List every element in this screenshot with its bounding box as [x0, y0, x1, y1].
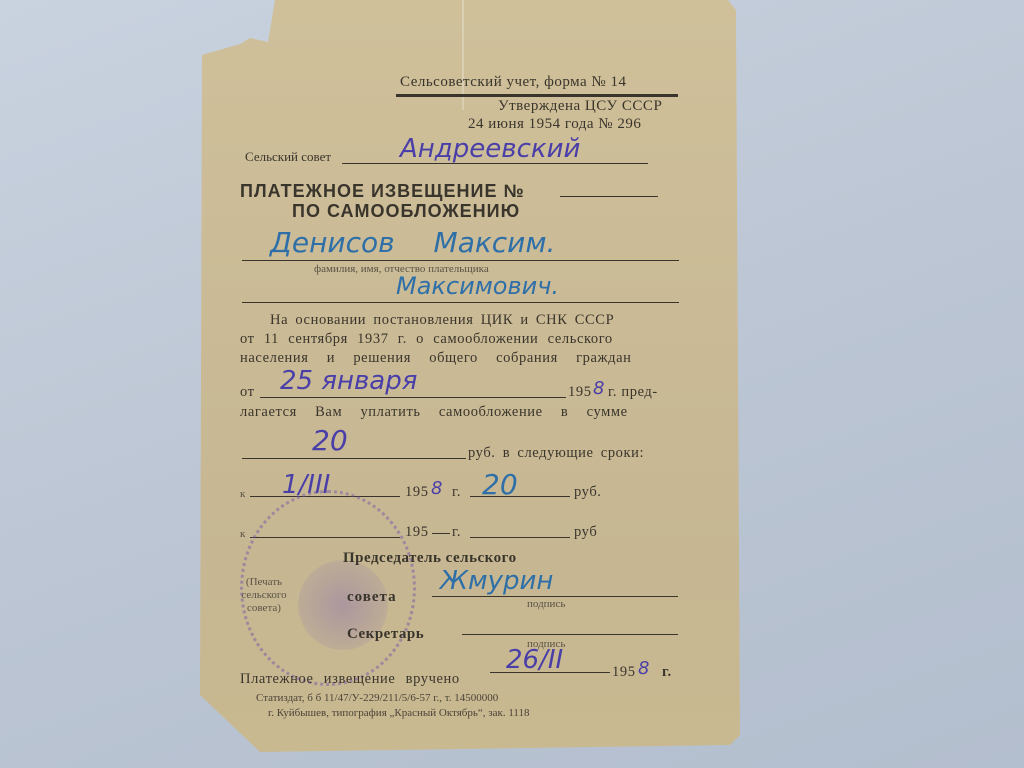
installment-1-prefix: к — [240, 488, 245, 500]
meeting-suffix: г. пред- — [608, 384, 658, 401]
stamp-label-line-1: (Печать — [237, 576, 291, 589]
basis-line-2: от 11 сентября 1937 г. о самообложении с… — [240, 331, 613, 348]
stamp-label-line-2: сельского — [237, 589, 291, 602]
meeting-year-digit: 8 — [593, 378, 604, 399]
village-council-value: Андреевский — [400, 134, 580, 164]
installment-2-year-underline — [432, 533, 450, 534]
meeting-year-prefix: 195 — [568, 384, 592, 401]
installment-1-g: г. — [452, 484, 461, 501]
imprint-line-2: г. Куйбышев, типография „Красный Октябрь… — [268, 707, 530, 719]
installment-2-g: г. — [452, 524, 461, 541]
delivery-date-value: 26/II — [506, 645, 563, 675]
basis-line-1: На основании постановления ЦИК и СНК ССС… — [270, 312, 614, 329]
title-line-1: ПЛАТЕЖНОЕ ИЗВЕЩЕНИЕ № — [240, 181, 525, 202]
payment-notice-document: Сельсоветский учет, форма № 14 Утвержден… — [200, 0, 740, 752]
meeting-prefix: от — [240, 384, 255, 401]
basis-line-3: населения и решения общего собрания граж… — [240, 350, 632, 367]
payer-underline-2 — [242, 302, 679, 303]
installment-1-rub: руб. — [574, 484, 602, 501]
imprint-line-1: Статиздат, б б 11/47/У-229/211/5/6-57 г.… — [256, 692, 498, 704]
delivery-label: Платежное извещение вручено — [240, 671, 460, 688]
chairman-label-line-2: совета — [347, 589, 397, 606]
title-line-2: ПО САМООБЛОЖЕНИЮ — [292, 201, 520, 222]
approved-line-2: 24 июня 1954 года № 296 — [468, 116, 641, 133]
form-header: Сельсоветский учет, форма № 14 — [400, 74, 626, 91]
installment-2-prefix: к — [240, 528, 245, 540]
chairman-label-line-1: Председатель сельского — [343, 550, 517, 567]
secretary-signature-line — [462, 634, 678, 635]
amount-value: 20 — [312, 424, 348, 457]
delivery-year-prefix: 195 — [612, 664, 636, 681]
stamp-label: (Печать сельского совета) — [237, 576, 291, 615]
chairman-signature-line — [432, 596, 678, 597]
delivery-suffix: г. — [662, 664, 672, 681]
amount-underline — [242, 458, 466, 459]
chairman-signature: Жмурин — [440, 566, 553, 596]
stamp-label-line-3: совета) — [237, 602, 291, 615]
installment-2-year-prefix: 195 — [405, 524, 429, 541]
approved-line-1: Утверждена ЦСУ СССР — [498, 98, 662, 115]
secretary-label: Секретарь — [347, 626, 424, 643]
installment-2-amount-underline — [470, 537, 570, 538]
installment-1-year-digit: 8 — [431, 478, 442, 499]
installment-2-rub: руб — [574, 524, 597, 541]
installment-1-year-prefix: 195 — [405, 484, 429, 501]
meeting-date-underline — [260, 397, 566, 398]
chairman-signature-caption: подпись — [527, 598, 565, 610]
meeting-text-line: лагается Вам уплатить самообложение в су… — [240, 404, 628, 421]
amount-suffix: руб. в следующие сроки: — [468, 445, 644, 462]
delivery-year-digit: 8 — [638, 658, 649, 679]
village-council-label: Сельский совет — [245, 149, 331, 165]
payer-underline-1 — [242, 260, 679, 261]
installment-1-amount-value: 20 — [482, 468, 518, 501]
meeting-date-value: 25 января — [280, 366, 417, 396]
notice-number-underline — [560, 196, 658, 197]
header-rule — [396, 94, 678, 97]
payer-name-value: Денисов Максим. — [270, 226, 555, 259]
payer-patronymic-value: Максимович. — [396, 272, 559, 300]
